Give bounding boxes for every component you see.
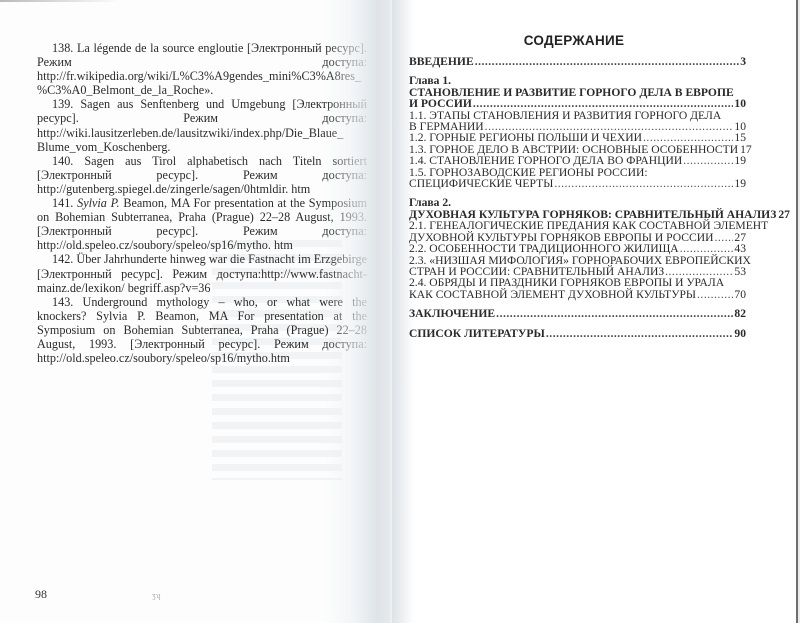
toc-chapter-2: Глава 2. ДУХОВНАЯ КУЛЬТУРА ГОРНЯКОВ: СРА… (409, 197, 746, 300)
page-number: 98 (35, 587, 47, 602)
toc-entry: ВВЕДЕНИЕ3 (409, 56, 746, 67)
reference-item: 138. La légende de la source engloutie [… (37, 41, 367, 97)
toc-entry: 1.4. СТАНОВЛЕНИЕ ГОРНОГО ДЕЛА ВО ФРАНЦИИ… (409, 155, 746, 166)
toc-title: СОДЕРЖАНИЕ (400, 33, 748, 48)
book-spine-shadow (325, 0, 395, 623)
toc-page: 82 (734, 308, 746, 319)
leader-dots (554, 178, 733, 189)
leader-dots (697, 289, 733, 300)
toc-entry: ЗАКЛЮЧЕНИЕ82 (409, 308, 746, 319)
reference-item: 142. Über Jahrhunderte hinweg war die Fa… (37, 252, 367, 294)
table-of-contents: ВВЕДЕНИЕ3 Глава 1. СТАНОВЛЕНИЕ И РАЗВИТИ… (409, 56, 746, 347)
reference-item: 140. Sagen aus Tirol alphabetisch nach T… (37, 154, 367, 196)
toc-page: 10 (734, 98, 746, 109)
toc-page: 3 (740, 56, 746, 67)
toc-conclusion: ЗАКЛЮЧЕНИЕ82 (409, 308, 746, 319)
reference-list: 138. La légende de la source engloutie [… (37, 41, 367, 365)
section-title: 2.4. ОБРЯДЫ И ПРАЗДНИКИ ГОРНЯКОВ ЕВРОПЫ … (409, 277, 746, 288)
margin-mark: ʒʮ (152, 591, 161, 600)
toc-page: 19 (734, 155, 746, 166)
toc-entry: СПИСОК ЛИТЕРАТУРЫ90 (409, 328, 746, 339)
book-spread: 138. La légende de la source engloutie [… (0, 0, 800, 623)
toc-chapter-1: Глава 1. СТАНОВЛЕНИЕ И РАЗВИТИЕ ГОРНОГО … (409, 75, 746, 189)
toc-page: 43 (734, 243, 746, 254)
toc-entry: 2.2. ОСОБЕННОСТИ ТРАДИЦИОННОГО ЖИЛИЩА43 (409, 243, 746, 254)
toc-page: 90 (734, 328, 746, 339)
toc-entry: И РОССИИ10 (409, 98, 746, 109)
leader-dots (546, 328, 734, 339)
toc-page: 53 (734, 266, 746, 277)
toc-entry: КАК СОСТАВНОЙ ЭЛЕМЕНТ ДУХОВНОЙ КУЛЬТУРЫ7… (409, 289, 746, 300)
reference-item: 139. Sagen aus Senftenberg und Umgebung … (37, 97, 367, 153)
leader-dots (473, 98, 734, 109)
toc-page: 19 (734, 178, 746, 189)
reference-author: Sylvia P. (77, 196, 119, 210)
reference-item: 141. Sylvia P. Beamon, MA For presentati… (37, 196, 367, 252)
toc-page: 27 (778, 209, 790, 220)
section-title: 2.1. ГЕНЕАЛОГИЧЕСКИЕ ПРЕДАНИЯ КАК СОСТАВ… (409, 220, 746, 231)
leader-dots (680, 243, 734, 254)
toc-page: 70 (734, 289, 746, 300)
reference-item: 143. Underground mythology – who, or wha… (37, 295, 367, 365)
toc-entry: СПЕЦИФИЧЕСКИЕ ЧЕРТЫ19 (409, 178, 746, 189)
page-edge-shadow (0, 0, 120, 2)
leader-dots (475, 56, 740, 67)
toc-bibliography: СПИСОК ЛИТЕРАТУРЫ90 (409, 328, 746, 339)
toc-intro: ВВЕДЕНИЕ3 (409, 56, 746, 67)
leader-dots (715, 232, 734, 243)
leader-dots (683, 155, 733, 166)
leader-dots (496, 308, 733, 319)
